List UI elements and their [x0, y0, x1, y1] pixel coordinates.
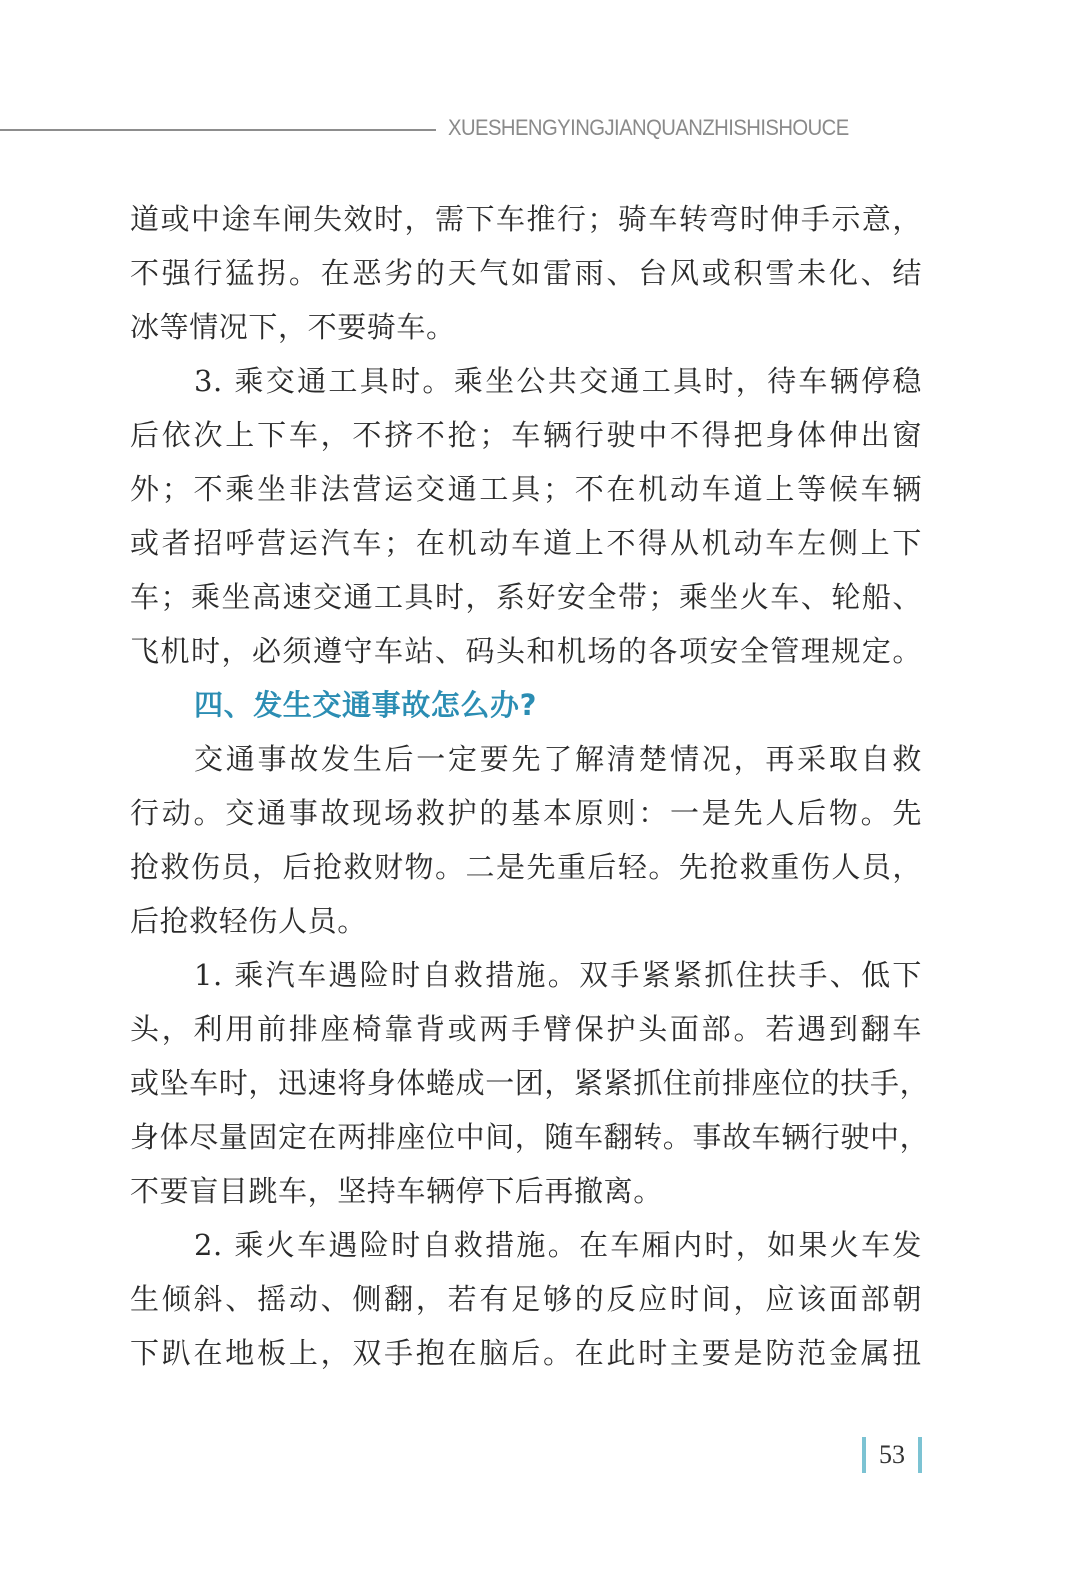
- text-line: 或者招呼营运汽车；在机动车道上不得从机动车左侧上下: [130, 516, 922, 570]
- page-number-block: 53: [862, 1437, 922, 1473]
- text-line: 后抢救轻伤人员。: [130, 894, 922, 948]
- text-line: 下趴在地板上，双手抱在脑后。在此时主要是防范金属扭: [130, 1326, 922, 1380]
- text-line: 不强行猛拐。在恶劣的天气如雷雨、台风或积雪未化、结: [130, 246, 922, 300]
- paragraph: 3. 乘交通工具时。乘坐公共交通工具时，待车辆停稳 后依次上下车，不挤不抢；车辆…: [130, 354, 922, 678]
- page-body: 道或中途车闸失效时，需下车推行；骑车转弯时伸手示意， 不强行猛拐。在恶劣的天气如…: [130, 192, 922, 1380]
- paragraph: 2. 乘火车遇险时自救措施。在车厢内时，如果火车发 生倾斜、摇动、侧翻，若有足够…: [130, 1218, 922, 1380]
- text-line: 交通事故发生后一定要先了解清楚情况，再采取自救: [130, 732, 922, 786]
- text-line: 身体尽量固定在两排座位中间，随车翻转。事故车辆行驶中，: [130, 1110, 922, 1164]
- text-line: 2. 乘火车遇险时自救措施。在车厢内时，如果火车发: [130, 1218, 922, 1272]
- paragraph: 1. 乘汽车遇险时自救措施。双手紧紧抓住扶手、低下 头，利用前排座椅靠背或两手臂…: [130, 948, 922, 1218]
- text-line: 生倾斜、摇动、侧翻，若有足够的反应时间，应该面部朝: [130, 1272, 922, 1326]
- text-line: 头，利用前排座椅靠背或两手臂保护头面部。若遇到翻车: [130, 1002, 922, 1056]
- section-heading: 四、发生交通事故怎么办?: [130, 678, 922, 732]
- text-line: 3. 乘交通工具时。乘坐公共交通工具时，待车辆停稳: [130, 354, 922, 408]
- text-line: 道或中途车闸失效时，需下车推行；骑车转弯时伸手示意，: [130, 192, 922, 246]
- text-line: 后依次上下车，不挤不抢；车辆行驶中不得把身体伸出窗: [130, 408, 922, 462]
- text-line: 车；乘坐高速交通工具时，系好安全带；乘坐火车、轮船、: [130, 570, 922, 624]
- paragraph: 交通事故发生后一定要先了解清楚情况，再采取自救 行动。交通事故现场救护的基本原则…: [130, 732, 922, 948]
- text-line: 外；不乘坐非法营运交通工具；不在机动车道上等候车辆: [130, 462, 922, 516]
- text-line: 不要盲目跳车，坚持车辆停下后再撤离。: [130, 1164, 922, 1218]
- text-line: 抢救伤员，后抢救财物。二是先重后轻。先抢救重伤人员，: [130, 840, 922, 894]
- text-line: 冰等情况下，不要骑车。: [130, 300, 922, 354]
- header-rule: [0, 129, 436, 131]
- running-header: XUESHENGYINGJIANQUANZHISHISHOUCE: [0, 112, 1080, 144]
- text-line: 飞机时，必须遵守车站、码头和机场的各项安全管理规定。: [130, 624, 922, 678]
- folio-bar-right: [918, 1437, 922, 1473]
- running-title: XUESHENGYINGJIANQUANZHISHISHOUCE: [448, 112, 849, 144]
- text-line: 或坠车时，迅速将身体蜷成一团，紧紧抓住前排座位的扶手，: [130, 1056, 922, 1110]
- paragraph: 道或中途车闸失效时，需下车推行；骑车转弯时伸手示意， 不强行猛拐。在恶劣的天气如…: [130, 192, 922, 354]
- text-line: 行动。交通事故现场救护的基本原则：一是先人后物。先: [130, 786, 922, 840]
- text-line: 1. 乘汽车遇险时自救措施。双手紧紧抓住扶手、低下: [130, 948, 922, 1002]
- page-number: 53: [866, 1437, 918, 1473]
